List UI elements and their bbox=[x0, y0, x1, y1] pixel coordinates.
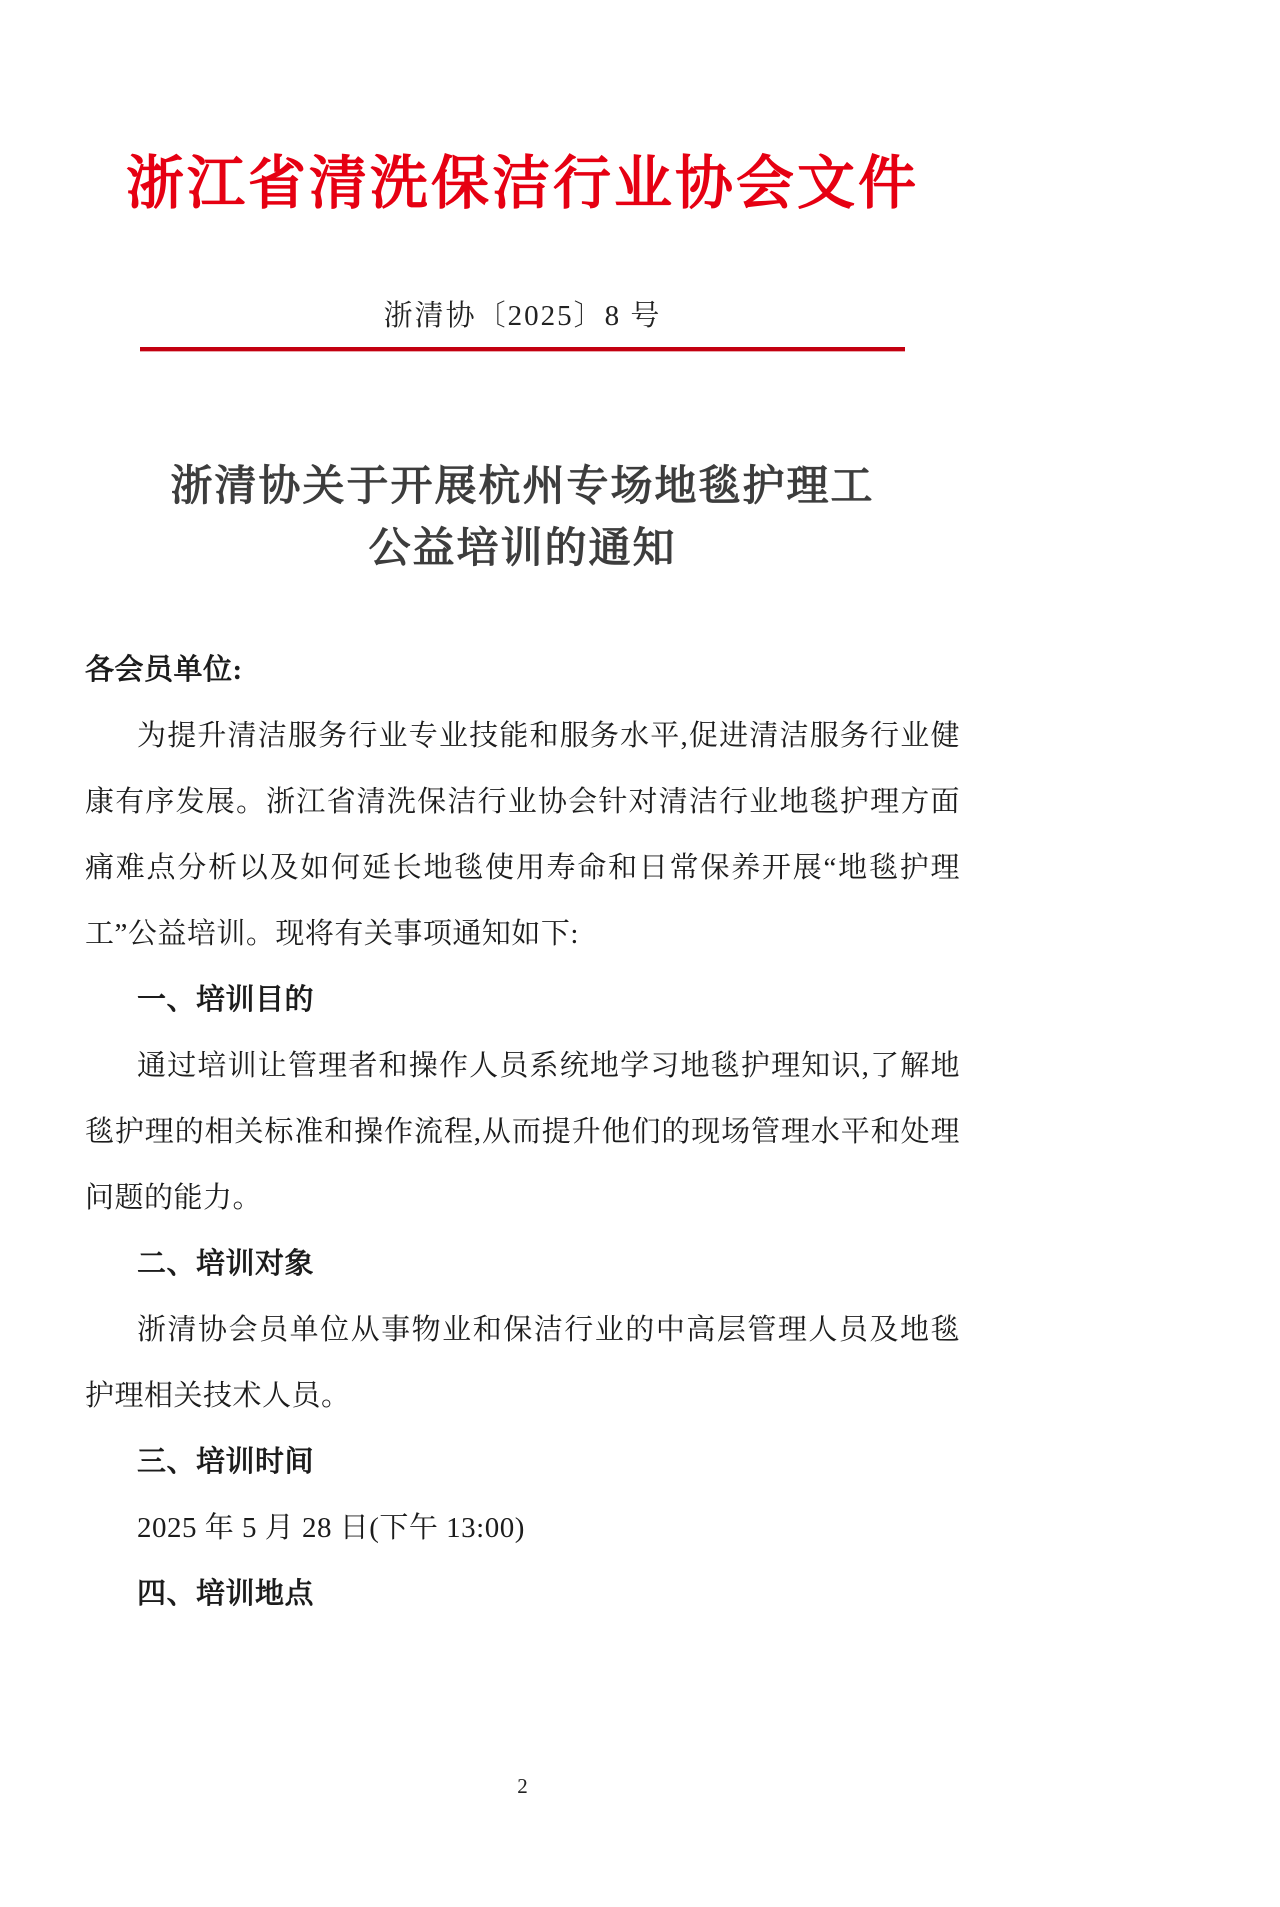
section-heading-training-audience: 二、培训对象 bbox=[85, 1231, 960, 1297]
document-page: 浙江省清洗保洁行业协会文件 浙清协〔2025〕8 号 浙清协关于开展杭州专场地毯… bbox=[0, 0, 1280, 1907]
document-body: 各会员单位: 为提升清洁服务行业专业技能和服务水平,促进清洁服务行业健康有序发展… bbox=[85, 637, 960, 1627]
document-content: 浙江省清洗保洁行业协会文件 浙清协〔2025〕8 号 浙清协关于开展杭州专场地毯… bbox=[85, 0, 960, 1627]
training-date-line: 2025 年 5 月 28 日(下午 13:00) bbox=[85, 1495, 960, 1561]
org-header-title: 浙江省清洗保洁行业协会文件 bbox=[85, 148, 960, 220]
paragraph-training-purpose: 通过培训让管理者和操作人员系统地学习地毯护理知识,了解地毯护理的相关标准和操作流… bbox=[85, 1033, 960, 1231]
section-heading-training-location: 四、培训地点 bbox=[85, 1561, 960, 1627]
paragraph-intro: 为提升清洁服务行业专业技能和服务水平,促进清洁服务行业健康有序发展。浙江省清洗保… bbox=[85, 703, 960, 967]
salutation: 各会员单位: bbox=[85, 637, 960, 703]
doc-number: 浙清协〔2025〕8 号 bbox=[85, 296, 960, 336]
document-title: 浙清协关于开展杭州专场地毯护理工公益培训的通知 bbox=[85, 455, 960, 579]
red-divider-line bbox=[140, 347, 905, 351]
document-title-line1: 浙清协关于开展杭州专场地毯护理工 bbox=[170, 462, 874, 509]
paragraph-training-audience: 浙清协会员单位从事物业和保洁行业的中高层管理人员及地毯护理相关技术人员。 bbox=[85, 1297, 960, 1429]
section-heading-training-purpose: 一、培训目的 bbox=[85, 967, 960, 1033]
document-title-line2: 公益培训的通知 bbox=[368, 524, 676, 571]
page-number: 2 bbox=[85, 1773, 960, 1799]
section-heading-training-time: 三、培训时间 bbox=[85, 1429, 960, 1495]
